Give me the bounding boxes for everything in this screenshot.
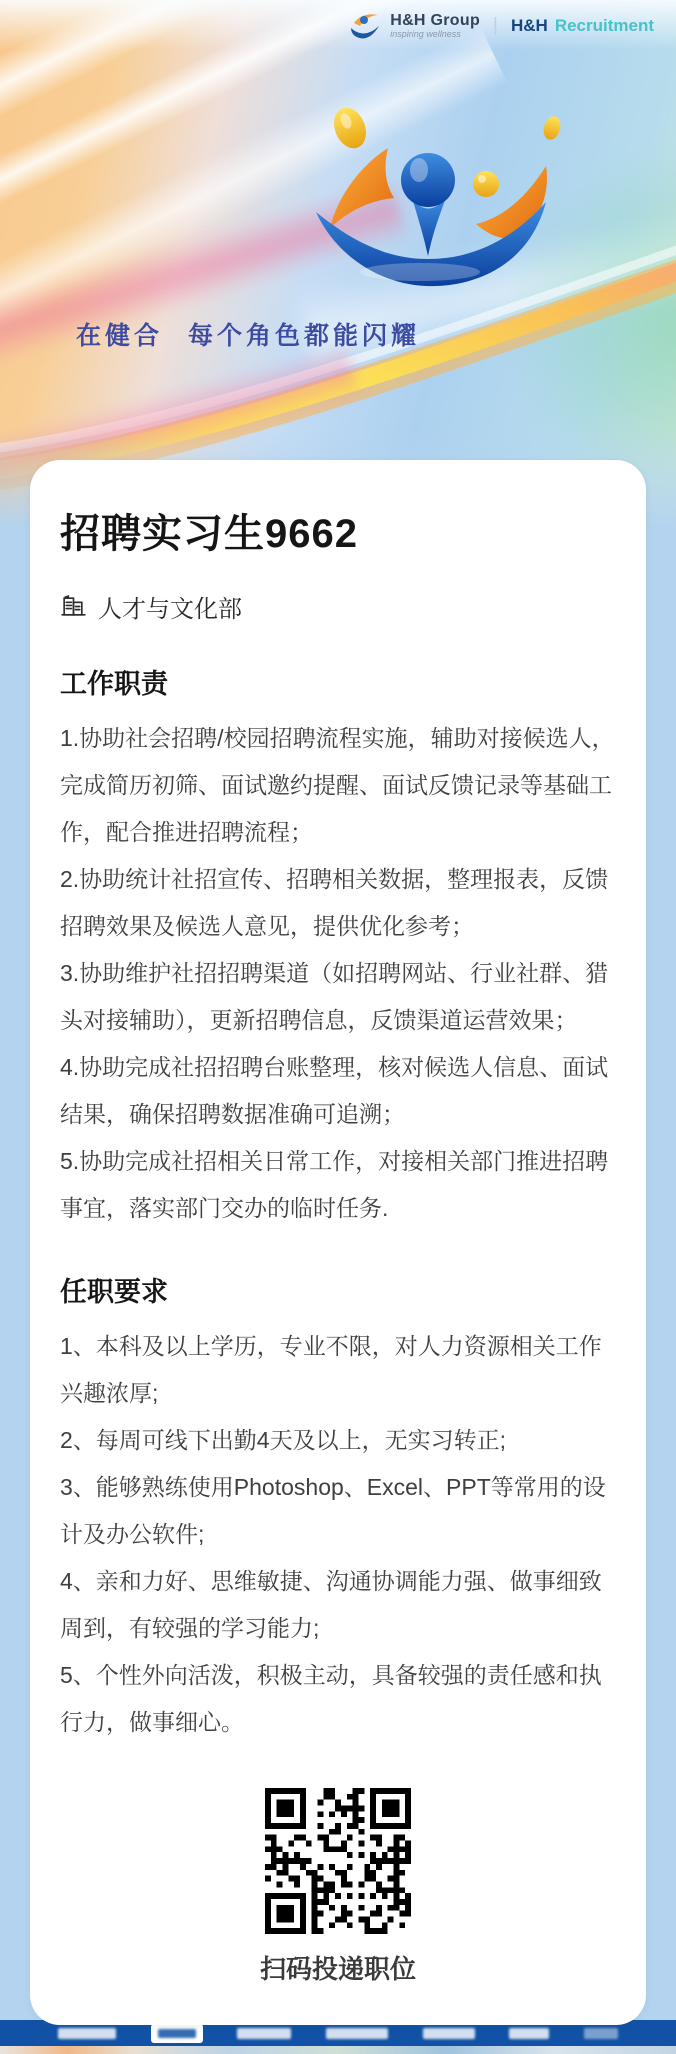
recruitment-brand-rest: Recruitment: [555, 16, 654, 36]
duty-item: 4.协助完成社招招聘台账整理，核对候选人信息、面试结果，确保招聘数据准确可追溯；: [60, 1044, 616, 1138]
topbar-divider: |: [493, 15, 498, 37]
brand-logo: [326, 2028, 388, 2039]
brand-logo: [237, 2028, 291, 2039]
department-name: 人才与文化部: [98, 589, 242, 624]
requirement-item: 1、本科及以上学历，专业不限，对人力资源相关工作兴趣浓厚;: [60, 1323, 616, 1417]
qr-code: [265, 1788, 411, 1934]
brand-logo: [509, 2028, 549, 2039]
top-bar: H&H Group inspiring wellness | H&H Recru…: [0, 0, 676, 52]
qr-caption: 扫码投递职位: [60, 1949, 616, 1986]
job-title: 招聘实习生9662: [60, 502, 616, 559]
building-icon: [60, 593, 87, 620]
job-duties-section: 工作职责 1.协助社会招聘/校园招聘流程实施，辅助对接候选人，完成简历初筛、面试…: [60, 662, 616, 1232]
job-card: 招聘实习生9662 人才与文化部 工作职责 1.协助社会招聘/校园招聘流程实施，…: [30, 460, 646, 2025]
duty-item: 5.协助完成社招相关日常工作，对接相关部门推进招聘事宜，落实部门交办的临时任务.: [60, 1138, 616, 1232]
brand-logo: [584, 2028, 618, 2039]
section-heading: 任职要求: [60, 1270, 616, 1309]
hh-swoosh-icon: [347, 10, 383, 42]
job-requirements-section: 任职要求 1、本科及以上学历，专业不限，对人力资源相关工作兴趣浓厚; 2、每周可…: [60, 1270, 616, 1746]
hero-tagline: 在健合 每个角色都能闪耀: [76, 316, 420, 352]
requirement-item: 4、亲和力好、思维敏捷、沟通协调能力强、做事细致周到，有较强的学习能力;: [60, 1558, 616, 1652]
logo-tagline: inspiring wellness: [390, 30, 480, 39]
logo-name: H&H Group: [390, 13, 480, 30]
department-row: 人才与文化部: [60, 589, 616, 624]
requirement-item: 2、每周可线下出勤4天及以上，无实习转正;: [60, 1417, 616, 1464]
brand-logo: [58, 2028, 116, 2039]
brand-logo: [423, 2028, 475, 2039]
requirement-item: 5、个性外向活泼，积极主动，具备较强的责任感和执行力，做事细心。: [60, 1652, 616, 1746]
duty-item: 1.协助社会招聘/校园招聘流程实施，辅助对接候选人，完成简历初筛、面试邀约提醒、…: [60, 715, 616, 856]
footer-color-strip: [0, 2046, 676, 2054]
requirement-item: 3、能够熟练使用Photoshop、Excel、PPT等常用的设计及办公软件;: [60, 1464, 616, 1558]
brand-logo: [151, 2024, 203, 2043]
job-posting-page: 在健合 每个角色都能闪耀 H&H Group inspiring wellnes…: [0, 0, 676, 2054]
hh-3d-figures-logo: [300, 96, 565, 301]
recruitment-brand-bold: H&H: [511, 16, 548, 36]
duty-item: 3.协助维护社招招聘渠道（如招聘网站、行业社群、猎头对接辅助），更新招聘信息，反…: [60, 950, 616, 1044]
qr-block: 扫码投递职位: [60, 1788, 616, 1986]
hh-group-logo: H&H Group inspiring wellness: [347, 10, 480, 42]
section-heading: 工作职责: [60, 662, 616, 701]
duty-item: 2.协助统计社招宣传、招聘相关数据，整理报表，反馈招聘效果及候选人意见，提供优化…: [60, 856, 616, 950]
